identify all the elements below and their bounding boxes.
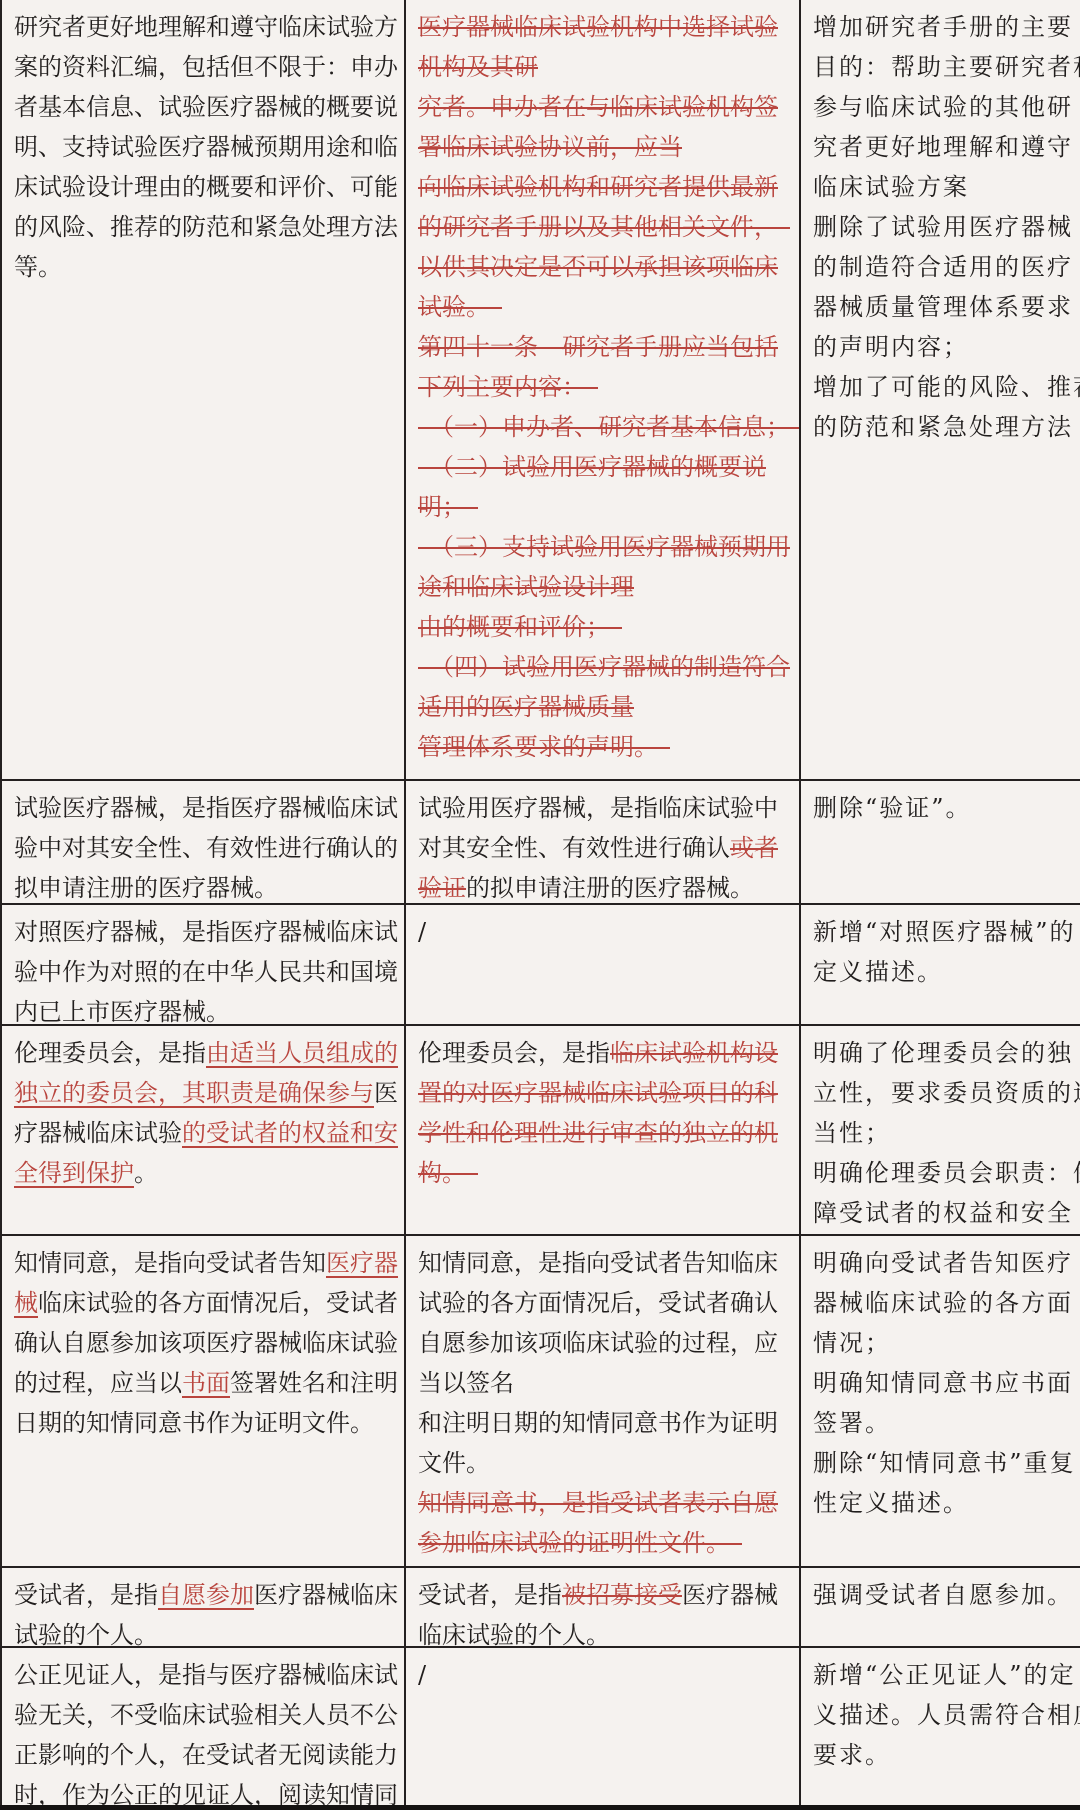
text-line: 情况； [813, 1323, 1080, 1363]
text-line: 新增“对照医疗器械”的 [813, 912, 1080, 952]
inserted-text: 械 [14, 1289, 38, 1317]
text-line: 验中对其安全性、有效性进行确认的 [14, 828, 404, 868]
text-segment: 要求。 [813, 1741, 891, 1769]
text-line: 试验医疗器械，是指医疗器械临床试 [14, 788, 404, 828]
table-cell: / [405, 904, 800, 1025]
cell-content: 强调受试者自愿参加。 [801, 1568, 1080, 1646]
inserted-text: 全得到保护 [14, 1159, 134, 1187]
inserted-text: 医疗器 [326, 1249, 398, 1277]
text-line: 的制造符合适用的医疗 [813, 247, 1080, 287]
text-line: 器械临床试验的各方面 [813, 1283, 1080, 1323]
cell-content: 知情同意，是指向受试者告知临床试验的各方面情况后，受试者确认自愿参加该项临床试验… [406, 1236, 799, 1566]
text-line: 医疗器械临床试验机构中选择试验 [418, 7, 799, 47]
deleted-text: （四）试验用医疗器械的制造符合 [418, 653, 790, 681]
text-segment: 定义描述。 [813, 958, 943, 986]
text-line: 适用的医疗器械质量 [418, 687, 799, 727]
cell-content: 增加研究者手册的主要目的：帮助主要研究者和参与临床试验的其他研究者更好地理解和遵… [801, 0, 1080, 779]
text-line: / [418, 1655, 799, 1695]
text-line: 文件。 [418, 1443, 799, 1483]
text-segment: 试验的个人。 [14, 1621, 158, 1646]
deleted-text: 验证 [418, 874, 466, 902]
text-segment: 究者更好地理解和遵守 [813, 133, 1073, 161]
deleted-text: 学性和伦理性进行审查的独立的机 [418, 1119, 778, 1147]
text-line: 验无关，不受临床试验相关人员不公 [14, 1695, 404, 1735]
text-segment: 签署。 [813, 1409, 891, 1437]
text-segment: 医疗器械 [682, 1581, 778, 1609]
text-segment: 的风险、推荐的防范和紧急处理方法 [14, 213, 398, 241]
inserted-text: 的受试者的权益和安 [182, 1119, 398, 1147]
text-segment: 临床试验的各方面情况后，受试者 [38, 1289, 398, 1317]
text-segment: 的防范和紧急处理方法 [813, 413, 1073, 441]
text-segment: 确认自愿参加该项医疗器械临床试验 [14, 1329, 398, 1357]
text-line: 增加了可能的风险、推荐 [813, 367, 1080, 407]
cell-content: 受试者，是指被招募接受医疗器械临床试验的个人。 [406, 1568, 799, 1646]
cell-content: 对照医疗器械，是指医疗器械临床试验中作为对照的在中华人民共和国境内已上市医疗器械… [2, 905, 404, 1024]
text-line: （二）试验用医疗器械的概要说 [418, 447, 799, 487]
table-row: 伦理委员会，是指由适当人员组成的独立的委员会，其职责是确保参与医疗器械临床试验的… [1, 1025, 1080, 1235]
document-page: 研究者更好地理解和遵守临床试验方案的资料汇编，包括但不限于：申办者基本信息、试验… [0, 0, 1080, 1810]
deleted-text: （三）支持试验用医疗器械预期用 [418, 533, 790, 561]
text-line: 确认自愿参加该项医疗器械临床试验 [14, 1323, 404, 1363]
text-segment: 明确伦理委员会职责：保 [813, 1159, 1080, 1187]
text-segment: 案的资料汇编，包括但不限于：申办 [14, 53, 398, 81]
text-line: 和注明日期的知情同意书作为证明 [418, 1403, 799, 1443]
cell-content: 明确了伦理委员会的独立性，要求委员资质的适当性；明确伦理委员会职责：保障受试者的… [801, 1026, 1080, 1234]
text-segment: 时，作为公正的见证人，阅读知情同 [14, 1781, 398, 1809]
text-segment: / [418, 1661, 426, 1689]
text-line: 构。 [418, 1153, 799, 1193]
text-segment: 伦理委员会，是指 [418, 1039, 610, 1067]
deleted-text: 途和临床试验设计理 [418, 573, 634, 601]
deleted-text: 明； [418, 493, 478, 521]
cell-content: 伦理委员会，是指由适当人员组成的独立的委员会，其职责是确保参与医疗器械临床试验的… [2, 1026, 404, 1234]
text-segment: 验中作为对照的在中华人民共和国境 [14, 958, 398, 986]
deleted-text: 临床试验机构设 [610, 1039, 778, 1067]
text-line: 疗器械临床试验的受试者的权益和安 [14, 1113, 404, 1153]
deleted-text: 究者。申办者在与临床试验机构签 [418, 93, 778, 121]
text-segment: 拟申请注册的医疗器械。 [14, 874, 278, 902]
text-segment: 删除“验证”。 [813, 794, 972, 822]
text-line: 的防范和紧急处理方法 [813, 407, 1080, 447]
text-segment: 知情同意，是指向受试者告知临床 [418, 1249, 778, 1277]
text-segment: 器械临床试验的各方面 [813, 1289, 1073, 1317]
text-segment: 明确知情同意书应书面 [813, 1369, 1073, 1397]
text-segment: 受试者，是指 [418, 1581, 562, 1609]
text-segment: 床试验设计理由的概要和评价、可能 [14, 173, 398, 201]
text-line: 途和临床试验设计理 [418, 567, 799, 607]
text-line: 知情同意书，是指受试者表示自愿 [418, 1483, 799, 1523]
text-line: 临床试验方案 [813, 167, 1080, 207]
inserted-text: 自愿参加 [158, 1581, 254, 1609]
text-line: 目的：帮助主要研究者和 [813, 47, 1080, 87]
text-line: 对其安全性、有效性进行确认或者 [418, 828, 799, 868]
text-line: 删除“知情同意书”重复 [813, 1443, 1080, 1483]
text-segment: 新增“公正见证人”的定 [813, 1661, 1076, 1689]
table-cell: 受试者，是指被招募接受医疗器械临床试验的个人。 [405, 1567, 800, 1647]
text-segment: 立性，要求委员资质的适 [813, 1079, 1080, 1107]
text-segment: 医疗器械临床 [254, 1581, 398, 1609]
text-segment: 日期的知情同意书作为证明文件。 [14, 1409, 374, 1437]
text-segment: 当以签名 [418, 1369, 514, 1397]
text-line: 明确了伦理委员会的独 [813, 1033, 1080, 1073]
text-line: 明确知情同意书应书面 [813, 1363, 1080, 1403]
text-line: 第四十一条 研究者手册应当包括 [418, 327, 799, 367]
text-line: 临床试验的个人。 [418, 1615, 799, 1646]
text-line: 公正见证人，是指与医疗器械临床试 [14, 1655, 404, 1695]
text-line: 下列主要内容： [418, 367, 799, 407]
deleted-text: 的研究者手册以及其他相关文件， [418, 213, 790, 241]
cell-content: / [406, 905, 799, 1024]
text-segment: 。 [134, 1159, 158, 1187]
text-segment: 等。 [14, 253, 62, 281]
text-line: 参加临床试验的证明性文件。 [418, 1523, 799, 1563]
cell-content: 受试者，是指自愿参加医疗器械临床试验的个人。 [2, 1568, 404, 1646]
text-line: 究者。申办者在与临床试验机构签 [418, 87, 799, 127]
text-segment: 新增“对照医疗器械”的 [813, 918, 1076, 946]
comparison-table: 研究者更好地理解和遵守临床试验方案的资料汇编，包括但不限于：申办者基本信息、试验… [0, 0, 1080, 1810]
text-line: 试验的各方面情况后，受试者确认 [418, 1283, 799, 1323]
table-cell: 明确了伦理委员会的独立性，要求委员资质的适当性；明确伦理委员会职责：保障受试者的… [800, 1025, 1080, 1235]
text-line: 的研究者手册以及其他相关文件， [418, 207, 799, 247]
text-line: 时，作为公正的见证人，阅读知情同 [14, 1775, 404, 1810]
text-segment: 自愿参加该项临床试验的过程，应 [418, 1329, 778, 1357]
deleted-text: 以供其决定是否可以承担该项临床 [418, 253, 778, 281]
text-segment: 目的：帮助主要研究者和 [813, 53, 1080, 81]
text-line: 强调受试者自愿参加。 [813, 1575, 1080, 1615]
text-line: 全得到保护。 [14, 1153, 404, 1193]
table-cell: 试验用医疗器械，是指临床试验中对其安全性、有效性进行确认或者验证的拟申请注册的医… [405, 780, 800, 904]
text-line: 受试者，是指被招募接受医疗器械 [418, 1575, 799, 1615]
text-segment: 研究者更好地理解和遵守临床试验方 [14, 13, 398, 41]
text-line: 伦理委员会，是指由适当人员组成的 [14, 1033, 404, 1073]
table-cell: 知情同意，是指向受试者告知临床试验的各方面情况后，受试者确认自愿参加该项临床试验… [405, 1235, 800, 1567]
cell-content: 研究者更好地理解和遵守临床试验方案的资料汇编，包括但不限于：申办者基本信息、试验… [2, 0, 404, 779]
table-cell: 强调受试者自愿参加。 [800, 1567, 1080, 1647]
text-segment: 义描述。人员需符合相应 [813, 1701, 1080, 1729]
text-segment: 明确了伦理委员会的独 [813, 1039, 1073, 1067]
deleted-text: 知情同意书，是指受试者表示自愿 [418, 1489, 778, 1517]
text-line: 械临床试验的各方面情况后，受试者 [14, 1283, 404, 1323]
text-segment: 对照医疗器械，是指医疗器械临床试 [14, 918, 398, 946]
cell-content: 伦理委员会，是指临床试验机构设置的对医疗器械临床试验项目的科学性和伦理性进行审查… [406, 1026, 799, 1234]
text-segment: 增加研究者手册的主要 [813, 13, 1073, 41]
text-line: 置的对医疗器械临床试验项目的科 [418, 1073, 799, 1113]
deleted-text: 被招募接受 [562, 1581, 682, 1609]
text-line: 以供其决定是否可以承担该项临床 [418, 247, 799, 287]
table-cell: 伦理委员会，是指由适当人员组成的独立的委员会，其职责是确保参与医疗器械临床试验的… [1, 1025, 405, 1235]
text-line: 性定义描述。 [813, 1483, 1080, 1523]
text-segment: 疗器械临床试验 [14, 1119, 182, 1147]
text-line: 要求。 [813, 1735, 1080, 1775]
text-line: （一）申办者、研究者基本信息； [418, 407, 799, 447]
text-segment: 对其安全性、有效性进行确认 [418, 834, 730, 862]
text-segment: 公正见证人，是指与医疗器械临床试 [14, 1661, 398, 1689]
text-line: 自愿参加该项临床试验的过程，应 [418, 1323, 799, 1363]
text-segment: 强调受试者自愿参加。 [813, 1581, 1073, 1609]
deleted-text: 参加临床试验的证明性文件。 [418, 1529, 742, 1557]
cell-content: 试验用医疗器械，是指临床试验中对其安全性、有效性进行确认或者验证的拟申请注册的医… [406, 781, 799, 903]
text-segment: 验无关，不受临床试验相关人员不公 [14, 1701, 398, 1729]
cell-content: 试验医疗器械，是指医疗器械临床试验中对其安全性、有效性进行确认的拟申请注册的医疗… [2, 781, 404, 903]
table-cell: 明确向受试者告知医疗器械临床试验的各方面情况；明确知情同意书应书面签署。删除“知… [800, 1235, 1080, 1567]
text-segment: 临床试验方案 [813, 173, 969, 201]
table-cell: 研究者更好地理解和遵守临床试验方案的资料汇编，包括但不限于：申办者基本信息、试验… [1, 0, 405, 780]
table-row: 公正见证人，是指与医疗器械临床试验无关，不受临床试验相关人员不公正影响的个人，在… [1, 1647, 1080, 1810]
text-segment: 性定义描述。 [813, 1489, 969, 1517]
text-line: 学性和伦理性进行审查的独立的机 [418, 1113, 799, 1153]
cell-content: / [406, 1648, 799, 1810]
table-cell: 删除“验证”。 [800, 780, 1080, 904]
text-segment: 正影响的个人，在受试者无阅读能力 [14, 1741, 398, 1769]
cell-content: 新增“对照医疗器械”的定义描述。 [801, 905, 1080, 1024]
text-line: 义描述。人员需符合相应 [813, 1695, 1080, 1735]
table-cell: 试验医疗器械，是指医疗器械临床试验中对其安全性、有效性进行确认的拟申请注册的医疗… [1, 780, 405, 904]
deleted-text: 适用的医疗器械质量 [418, 693, 634, 721]
text-line: 新增“公正见证人”的定 [813, 1655, 1080, 1695]
text-segment: 临床试验的个人。 [418, 1621, 610, 1646]
text-line: 等。 [14, 247, 404, 287]
text-line: / [418, 912, 799, 952]
text-line: 验证的拟申请注册的医疗器械。 [418, 868, 799, 903]
deleted-text: 医疗器械临床试验机构中选择试验 [418, 13, 778, 41]
table-cell: 受试者，是指自愿参加医疗器械临床试验的个人。 [1, 1567, 405, 1647]
text-line: 删除了试验用医疗器械 [813, 207, 1080, 247]
cell-content: 医疗器械临床试验机构中选择试验机构及其研究者。申办者在与临床试验机构签署临床试验… [406, 0, 799, 779]
text-line: 参与临床试验的其他研 [813, 87, 1080, 127]
table-body: 研究者更好地理解和遵守临床试验方案的资料汇编，包括但不限于：申办者基本信息、试验… [1, 0, 1080, 1810]
text-line: 向临床试验机构和研究者提供最新 [418, 167, 799, 207]
text-line: 由的概要和评价； [418, 607, 799, 647]
text-segment: 器械质量管理体系要求 [813, 293, 1073, 321]
text-segment: 的声明内容； [813, 333, 969, 361]
text-line: 内已上市医疗器械。 [14, 992, 404, 1024]
text-segment: 医 [374, 1079, 398, 1107]
table-cell: 新增“对照医疗器械”的定义描述。 [800, 904, 1080, 1025]
text-segment: 知情同意，是指向受试者告知 [14, 1249, 326, 1277]
text-line: 当性； [813, 1113, 1080, 1153]
cell-content: 公正见证人，是指与医疗器械临床试验无关，不受临床试验相关人员不公正影响的个人，在… [2, 1648, 404, 1810]
text-segment: 删除“知情同意书”重复 [813, 1449, 1076, 1477]
text-line: 试验。 [418, 287, 799, 327]
deleted-text: 或者 [730, 834, 778, 862]
inserted-text: 由适当人员组成的 [206, 1039, 398, 1067]
text-segment: 签署姓名和注明 [230, 1369, 398, 1397]
text-line: 障受试者的权益和安全 [813, 1193, 1080, 1233]
text-line: 签署。 [813, 1403, 1080, 1443]
table-cell: 新增“公正见证人”的定义描述。人员需符合相应要求。 [800, 1647, 1080, 1810]
text-segment: 试验医疗器械，是指医疗器械临床试 [14, 794, 398, 822]
text-line: 明； [418, 487, 799, 527]
text-line: 对照医疗器械，是指医疗器械临床试 [14, 912, 404, 952]
text-segment: 情况； [813, 1329, 891, 1357]
text-line: 拟申请注册的医疗器械。 [14, 868, 404, 903]
deleted-text: 署临床试验协议前，应当 [418, 133, 682, 161]
deleted-text: 机构及其研 [418, 53, 538, 81]
text-line: 当以签名 [418, 1363, 799, 1403]
text-line: 立性，要求委员资质的适 [813, 1073, 1080, 1113]
deleted-text: 置的对医疗器械临床试验项目的科 [418, 1079, 778, 1107]
text-segment: 参与临床试验的其他研 [813, 93, 1073, 121]
text-segment: 的拟申请注册的医疗器械。 [466, 874, 754, 902]
text-segment: 者基本信息、试验医疗器械的概要说 [14, 93, 398, 121]
text-line: 验中作为对照的在中华人民共和国境 [14, 952, 404, 992]
cell-content: 新增“公正见证人”的定义描述。人员需符合相应要求。 [801, 1648, 1080, 1810]
text-line: 明确向受试者告知医疗 [813, 1243, 1080, 1283]
text-segment: 文件。 [418, 1449, 490, 1477]
table-cell: 对照医疗器械，是指医疗器械临床试验中作为对照的在中华人民共和国境内已上市医疗器械… [1, 904, 405, 1025]
text-line: 究者更好地理解和遵守 [813, 127, 1080, 167]
text-line: 试验的个人。 [14, 1615, 404, 1646]
table-cell: 伦理委员会，是指临床试验机构设置的对医疗器械临床试验项目的科学性和伦理性进行审查… [405, 1025, 800, 1235]
text-line: 的声明内容； [813, 327, 1080, 367]
text-line: 床试验设计理由的概要和评价、可能 [14, 167, 404, 207]
text-line: 机构及其研 [418, 47, 799, 87]
inserted-text: 书面 [182, 1369, 230, 1397]
text-line: 删除“验证”。 [813, 788, 1080, 828]
text-segment: 验中对其安全性、有效性进行确认的 [14, 834, 398, 862]
deleted-text: 构。 [418, 1159, 478, 1187]
text-segment: / [418, 918, 426, 946]
cell-content: 明确向受试者告知医疗器械临床试验的各方面情况；明确知情同意书应书面签署。删除“知… [801, 1236, 1080, 1566]
text-line: 受试者，是指自愿参加医疗器械临床 [14, 1575, 404, 1615]
table-row: 研究者更好地理解和遵守临床试验方案的资料汇编，包括但不限于：申办者基本信息、试验… [1, 0, 1080, 780]
text-line: 署临床试验协议前，应当 [418, 127, 799, 167]
text-segment: 伦理委员会，是指 [14, 1039, 206, 1067]
text-segment: 试验的各方面情况后，受试者确认 [418, 1289, 778, 1317]
text-segment: 内已上市医疗器械。 [14, 998, 230, 1024]
deleted-text: 下列主要内容： [418, 373, 598, 401]
text-line: 定义描述。 [813, 952, 1080, 992]
text-line: 知情同意，是指向受试者告知临床 [418, 1243, 799, 1283]
text-segment: 明确向受试者告知医疗 [813, 1249, 1073, 1277]
text-segment: 受试者，是指 [14, 1581, 158, 1609]
text-segment: 明、支持试验医疗器械预期用途和临 [14, 133, 398, 161]
cell-content: 删除“验证”。 [801, 781, 1080, 903]
deleted-text: 向临床试验机构和研究者提供最新 [418, 173, 778, 201]
text-line: 日期的知情同意书作为证明文件。 [14, 1403, 404, 1443]
text-segment: 的过程，应当以 [14, 1369, 182, 1397]
text-line: 者基本信息、试验医疗器械的概要说 [14, 87, 404, 127]
text-segment: 障受试者的权益和安全 [813, 1199, 1073, 1227]
text-line: 明、支持试验医疗器械预期用途和临 [14, 127, 404, 167]
table-cell: 公正见证人，是指与医疗器械临床试验无关，不受临床试验相关人员不公正影响的个人，在… [1, 1647, 405, 1810]
text-line: 正影响的个人，在受试者无阅读能力 [14, 1735, 404, 1775]
text-line: 管理体系要求的声明。 [418, 727, 799, 767]
text-line: 的风险、推荐的防范和紧急处理方法 [14, 207, 404, 247]
text-line: 知情同意，是指向受试者告知医疗器 [14, 1243, 404, 1283]
text-line: 案的资料汇编，包括但不限于：申办 [14, 47, 404, 87]
text-line: 试验用医疗器械，是指临床试验中 [418, 788, 799, 828]
text-segment: 试验用医疗器械，是指临床试验中 [418, 794, 778, 822]
deleted-text: （二）试验用医疗器械的概要说 [418, 453, 766, 481]
deleted-text: 由的概要和评价； [418, 613, 622, 641]
text-line: 明确伦理委员会职责：保 [813, 1153, 1080, 1193]
text-line: 伦理委员会，是指临床试验机构设 [418, 1033, 799, 1073]
table-cell: 增加研究者手册的主要目的：帮助主要研究者和参与临床试验的其他研究者更好地理解和遵… [800, 0, 1080, 780]
text-line: 器械质量管理体系要求 [813, 287, 1080, 327]
text-line: 独立的委员会，其职责是确保参与医 [14, 1073, 404, 1113]
deleted-text: 第四十一条 研究者手册应当包括 [418, 333, 778, 361]
table-row: 对照医疗器械，是指医疗器械临床试验中作为对照的在中华人民共和国境内已上市医疗器械… [1, 904, 1080, 1025]
table-row: 受试者，是指自愿参加医疗器械临床试验的个人。受试者，是指被招募接受医疗器械临床试… [1, 1567, 1080, 1647]
table-row: 试验医疗器械，是指医疗器械临床试验中对其安全性、有效性进行确认的拟申请注册的医疗… [1, 780, 1080, 904]
text-segment: 增加了可能的风险、推荐 [813, 373, 1080, 401]
text-segment: 和注明日期的知情同意书作为证明 [418, 1409, 778, 1437]
table-row: 知情同意，是指向受试者告知医疗器械临床试验的各方面情况后，受试者确认自愿参加该项… [1, 1235, 1080, 1567]
text-line: （四）试验用医疗器械的制造符合 [418, 647, 799, 687]
text-segment: 的制造符合适用的医疗 [813, 253, 1073, 281]
inserted-text: 独立的委员会，其职责是确保参与 [14, 1079, 374, 1107]
deleted-text: 管理体系要求的声明。 [418, 733, 670, 761]
text-line: 的过程，应当以书面签署姓名和注明 [14, 1363, 404, 1403]
table-cell: 知情同意，是指向受试者告知医疗器械临床试验的各方面情况后，受试者确认自愿参加该项… [1, 1235, 405, 1567]
text-segment: 当性； [813, 1119, 891, 1147]
table-cell: / [405, 1647, 800, 1810]
deleted-text: 试验。 [418, 293, 502, 321]
table-cell: 医疗器械临床试验机构中选择试验机构及其研究者。申办者在与临床试验机构签署临床试验… [405, 0, 800, 780]
text-line: 增加研究者手册的主要 [813, 7, 1080, 47]
deleted-text: （一）申办者、研究者基本信息； [418, 413, 799, 441]
text-line: （三）支持试验用医疗器械预期用 [418, 527, 799, 567]
cell-content: 知情同意，是指向受试者告知医疗器械临床试验的各方面情况后，受试者确认自愿参加该项… [2, 1236, 404, 1566]
text-segment: 删除了试验用医疗器械 [813, 213, 1073, 241]
text-line: 研究者更好地理解和遵守临床试验方 [14, 7, 404, 47]
